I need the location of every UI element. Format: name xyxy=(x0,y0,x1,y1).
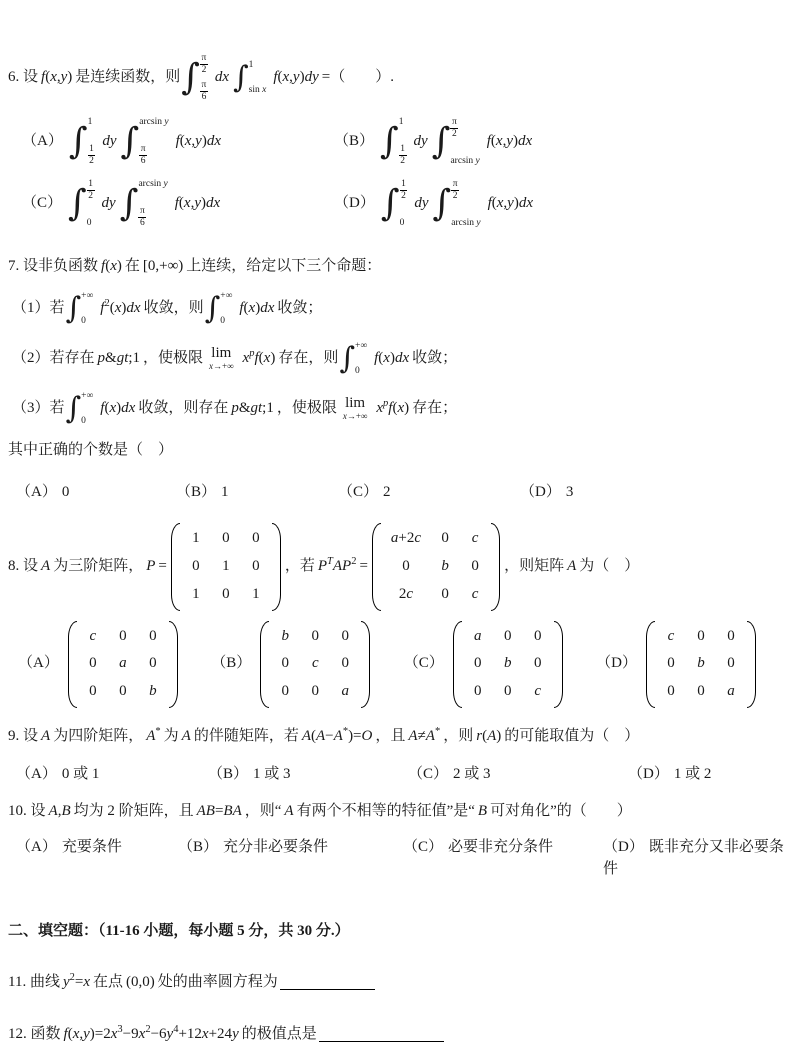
frac-upper: π2 xyxy=(448,179,462,202)
stem-text: 在点 xyxy=(93,972,123,994)
lim: lim xyxy=(345,396,365,412)
option-label: （C） xyxy=(403,839,443,855)
q6-option-b: （B） ∫112 dy ∫π2arcsin y f(x,y)dx xyxy=(334,116,535,168)
stem-text: 上连续，给定以下三个命题： xyxy=(186,256,381,278)
int-upper: +∞ xyxy=(81,391,93,402)
matrix-cell: 0 xyxy=(87,653,99,675)
option-text: 1 或 3 xyxy=(253,766,291,782)
frac-num: π xyxy=(453,179,458,190)
matrix-cell: 0 xyxy=(279,653,291,675)
matrix-cell: a xyxy=(472,626,484,648)
option-label: （C） xyxy=(338,484,378,500)
limit-operator: limx→+∞ xyxy=(206,346,237,371)
q8-options: （A）c000a000b （B）b000c000a （C）a000b000c （… xyxy=(8,621,790,708)
matrix-cell: 1 xyxy=(190,584,202,606)
math: f(x)dx xyxy=(374,348,409,370)
stem-text: ，则矩阵 xyxy=(504,556,564,578)
q7-option-a: （A）0 xyxy=(16,482,176,504)
option-text: 充要条件 xyxy=(62,839,122,855)
frac-den: 2 xyxy=(450,128,458,140)
limit-operator: limx→+∞ xyxy=(340,396,371,421)
proposition-text: ，使极限 xyxy=(143,348,203,370)
frac-lower: 12 xyxy=(85,144,99,167)
matrix-cell: 0 xyxy=(532,626,544,648)
matrix-cell: a+2c xyxy=(391,528,421,550)
integral: ∫π2arcsin y xyxy=(432,116,483,168)
matrix-cell: 0 xyxy=(339,653,351,675)
math: A xyxy=(41,726,50,748)
int-lower: 0 xyxy=(81,316,86,327)
question-number: 12. 函数 xyxy=(8,1024,61,1043)
matrix-cell: b xyxy=(439,556,451,578)
q10-option-b: （B）充分非必要条件 xyxy=(178,837,403,881)
answer-paren: （ ）. xyxy=(330,67,394,89)
section-2-header: 二、填空题：（11-16 小题，每小题 5 分，共 30 分.） xyxy=(8,921,790,943)
matrix-cell: 1 xyxy=(190,528,202,550)
q6-options-row-1: （A） ∫112 dy ∫arcsin yπ6 f(x,y)dx （B） ∫11… xyxy=(8,116,790,168)
frac-num: π xyxy=(141,144,146,155)
int-lower: 0 xyxy=(87,218,92,229)
option-label: （D） xyxy=(520,484,561,500)
math: A(A−A*)=O xyxy=(302,726,373,748)
matrix-cell: 0 xyxy=(250,528,262,550)
math: AB=BA xyxy=(197,801,242,823)
q7-option-c: （C）2 xyxy=(338,482,520,504)
int-lower: 0 xyxy=(81,416,86,427)
matrix-cell: 0 xyxy=(309,681,321,703)
matrix-cell: b xyxy=(502,653,514,675)
option-text: 2 xyxy=(383,484,391,500)
stem-text: 为三阶矩阵， xyxy=(53,556,143,578)
q6-option-a: （A） ∫112 dy ∫arcsin yπ6 f(x,y)dx xyxy=(22,116,334,168)
option-text: 1 或 2 xyxy=(674,766,712,782)
option-label: （D） xyxy=(628,766,669,782)
proposition-tag: （1）若 xyxy=(12,298,65,320)
frac-num: π xyxy=(202,53,207,64)
question-7-stem: 7. 设非负函数 f(x) 在 [0,+∞) 上连续，给定以下三个命题： xyxy=(8,256,790,278)
option-label: （B） xyxy=(208,766,248,782)
fill-blank xyxy=(319,1028,444,1042)
math: A≠A* xyxy=(408,726,440,748)
matrix-cell: 1 xyxy=(220,556,232,578)
int-upper: 1 xyxy=(249,60,254,71)
option-label: （C） xyxy=(22,193,62,215)
math: f(x)dx xyxy=(239,298,274,320)
stem-text: = xyxy=(359,556,367,578)
math: y2=x xyxy=(63,972,90,994)
math: dx xyxy=(215,67,229,89)
matrix-cell: 0 xyxy=(439,528,451,550)
frac-upper: π2 xyxy=(197,53,211,76)
lim-sub: x→+∞ xyxy=(343,412,368,421)
math: f(x,y)dx xyxy=(176,131,221,153)
integral: ∫arcsin yπ6 xyxy=(121,116,172,168)
frac-lower: π6 xyxy=(135,206,149,229)
q6-options-row-2: （C） ∫120 dy ∫arcsin yπ6 f(x,y)dx （D） ∫12… xyxy=(8,178,790,230)
integral: ∫ 1 sin x xyxy=(233,59,269,97)
math: PTAP2 xyxy=(318,556,357,578)
matrix-cell: c xyxy=(87,626,99,648)
frac-den: 2 xyxy=(200,64,208,76)
math: B xyxy=(478,801,487,823)
matrix-cell: 0 xyxy=(339,626,351,648)
q6-option-c: （C） ∫120 dy ∫arcsin yπ6 f(x,y)dx xyxy=(22,178,334,230)
math: dy xyxy=(414,131,428,153)
frac-den: 2 xyxy=(451,190,459,202)
q8-option-b: （B）b000c000a xyxy=(211,621,374,708)
question-number: 7. 设非负函数 xyxy=(8,256,98,278)
matrix-cell: 0 xyxy=(117,626,129,648)
proposition-text: 存在，则 xyxy=(278,348,338,370)
int-lower: arcsin y xyxy=(451,218,480,229)
option-label: （A） xyxy=(16,766,57,782)
section-title: 二、填空题：（11-16 小题，每小题 5 分，共 30 分.） xyxy=(8,921,350,943)
int-lower: 0 xyxy=(400,218,405,229)
option-label: （B） xyxy=(178,839,218,855)
matrix-cell: 0 xyxy=(725,653,737,675)
matrix-cell: c xyxy=(665,626,677,648)
fill-blank xyxy=(280,976,375,990)
integral: ∫112 xyxy=(69,116,99,168)
matrix: b000c000a xyxy=(260,621,370,708)
matrix-cell: 0 xyxy=(117,681,129,703)
q7-proposition-3: （3）若 ∫+∞0 f(x)dx 收敛，则存在 p&gt;1 ，使极限 limx… xyxy=(8,390,790,428)
frac-lower: π6 xyxy=(136,144,150,167)
option-text: 必要非充分条件 xyxy=(448,839,553,855)
option-label: （A） xyxy=(22,131,63,153)
matrix-cell: 0 xyxy=(532,653,544,675)
matrix-cell: b xyxy=(695,653,707,675)
question-number: 11. 曲线 xyxy=(8,972,60,994)
math: A,B xyxy=(49,801,71,823)
option-label: （C） xyxy=(404,653,444,675)
q10-option-d: （D）既非充分又非必要条件 xyxy=(603,837,790,881)
math: f(x)dx xyxy=(100,398,135,420)
matrix-cell: a xyxy=(725,681,737,703)
q7-count-line: 其中正确的个数是（ ） xyxy=(8,440,790,462)
matrix-cell: 0 xyxy=(279,681,291,703)
answer-paren: 可对角化”的（ ） xyxy=(490,801,632,823)
proposition-text: 收敛； xyxy=(277,298,322,320)
integral: ∫112 xyxy=(380,116,410,168)
stem-text: 的伴随矩阵，若 xyxy=(194,726,299,748)
frac-den: 2 xyxy=(87,190,95,202)
matrix-cell: 0 xyxy=(250,556,262,578)
lim-sub: x→+∞ xyxy=(209,362,234,371)
proposition-text: 存在； xyxy=(412,398,457,420)
math: A xyxy=(567,556,576,578)
matrix-cell: 0 xyxy=(695,626,707,648)
question-number: 9. 设 xyxy=(8,726,38,748)
exam-paper-page: 6. 设 f(x,y) 是连续函数，则 ∫ π2 π6 dx ∫ 1 sin x… xyxy=(0,0,800,1043)
stem-text: 为 xyxy=(164,726,179,748)
answer-paren: 为（ ） xyxy=(579,556,639,578)
matrix-cell: a xyxy=(339,681,351,703)
matrix-cell: 0 xyxy=(472,653,484,675)
math: A* xyxy=(146,726,160,748)
frac-lower: 12 xyxy=(396,144,410,167)
option-text: 3 xyxy=(566,484,574,500)
math: f(x,y)dx xyxy=(175,193,220,215)
math: f(x,y)dx xyxy=(487,131,532,153)
matrix-cell: 1 xyxy=(250,584,262,606)
frac-num: π xyxy=(202,80,207,91)
math: f(x,y) xyxy=(41,67,72,89)
q7-proposition-1: （1）若 ∫+∞0 f2(x)dx 收敛，则 ∫+∞0 f(x)dx 收敛； xyxy=(8,290,790,328)
math: f(x,y)dy xyxy=(273,67,318,89)
matrix-cell: b xyxy=(147,681,159,703)
question-11: 11. 曲线 y2=x 在点 (0,0) 处的曲率圆方程为 xyxy=(8,972,790,994)
stem-text: ，则 xyxy=(443,726,473,748)
math: (0,0) xyxy=(126,972,155,994)
q6-option-d: （D） ∫120 dy ∫π2arcsin y f(x,y)dx xyxy=(334,178,536,230)
stem-text: 在 xyxy=(125,256,140,278)
math: dy xyxy=(102,131,116,153)
integral: ∫+∞0 xyxy=(339,340,370,378)
matrix-cell: 0 xyxy=(665,653,677,675)
math: dy xyxy=(102,193,116,215)
integral: ∫120 xyxy=(68,178,98,230)
matrix-cell: 0 xyxy=(147,626,159,648)
q9-options: （A）0 或 1 （B）1 或 3 （C）2 或 3 （D）1 或 2 xyxy=(8,764,790,786)
option-text: 1 xyxy=(221,484,229,500)
frac-upper: 12 xyxy=(84,179,98,202)
matrix-cell: 0 xyxy=(725,626,737,648)
proposition-text: ，使极限 xyxy=(277,398,337,420)
math: f2(x)dx xyxy=(100,298,140,320)
frac-den: 2 xyxy=(399,155,407,167)
matrix-cell: a xyxy=(117,653,129,675)
matrix-cell: 0 xyxy=(665,681,677,703)
frac-den: 6 xyxy=(138,217,146,229)
q8-option-d: （D）c000b000a xyxy=(596,621,760,708)
math: f(x) xyxy=(101,256,122,278)
int-upper: arcsin y xyxy=(138,179,167,190)
integral: ∫120 xyxy=(381,178,411,230)
integral: ∫π2arcsin y xyxy=(433,178,484,230)
stem-text: ，且 xyxy=(375,726,405,748)
math: xpf(x) xyxy=(376,398,409,420)
matrix-cell: 0 xyxy=(147,653,159,675)
frac-den: 6 xyxy=(200,91,208,103)
matrix-cell: 0 xyxy=(190,556,202,578)
option-label: （D） xyxy=(334,193,375,215)
stem-text: 是连续函数，则 xyxy=(75,67,180,89)
math: p&gt;1 xyxy=(98,348,141,370)
matrix-cell: 0 xyxy=(220,528,232,550)
question-number: 8. 设 xyxy=(8,556,38,578)
proposition-text: 收敛； xyxy=(412,348,457,370)
matrix-cell: b xyxy=(279,626,291,648)
q9-option-c: （C）2 或 3 xyxy=(408,764,628,786)
option-text: 0 xyxy=(62,484,70,500)
stem-text: ，若 xyxy=(285,556,315,578)
matrix-cell: 0 xyxy=(439,584,451,606)
proposition-text: 收敛，则 xyxy=(144,298,204,320)
frac-upper: π2 xyxy=(447,117,461,140)
int-upper: +∞ xyxy=(355,341,367,352)
q10-option-a: （A）充要条件 xyxy=(16,837,178,881)
matrix-cell: 0 xyxy=(502,626,514,648)
option-label: （A） xyxy=(16,484,57,500)
frac-num: 1 xyxy=(88,179,93,190)
matrix-cell: c xyxy=(469,528,481,550)
q7-option-d: （D）3 xyxy=(520,482,790,504)
q8-option-a: （A）c000a000b xyxy=(18,621,182,708)
q9-option-d: （D）1 或 2 xyxy=(628,764,790,786)
matrix-cell: 0 xyxy=(469,556,481,578)
question-9-stem: 9. 设 A 为四阶矩阵， A* 为 A 的伴随矩阵，若 A(A−A*)=O ，… xyxy=(8,726,790,748)
frac-den: 2 xyxy=(400,190,408,202)
stem-text: 为四阶矩阵， xyxy=(53,726,143,748)
int-upper: 1 xyxy=(399,117,404,128)
int-upper: +∞ xyxy=(220,291,232,302)
integral: ∫+∞0 xyxy=(66,390,97,428)
q10-options: （A）充要条件 （B）充分非必要条件 （C）必要非充分条件 （D）既非充分又非必… xyxy=(8,837,790,881)
option-label: （B） xyxy=(211,653,251,675)
matrix-cell: 0 xyxy=(400,556,412,578)
matrix-p: 100010101 xyxy=(171,523,281,610)
lim: lim xyxy=(211,346,231,362)
q10-option-c: （C）必要非充分条件 xyxy=(403,837,603,881)
matrix-cell: 0 xyxy=(695,681,707,703)
math: [0,+∞) xyxy=(143,256,183,278)
stem-text: = xyxy=(158,556,166,578)
frac-num: 1 xyxy=(400,144,405,155)
stem-text: 有两个不相等的特征值”是“ xyxy=(297,801,475,823)
option-label: （D） xyxy=(603,839,644,855)
question-number: 10. 设 xyxy=(8,801,46,823)
stem-text: ，则“ xyxy=(245,801,282,823)
frac-upper: 12 xyxy=(397,179,411,202)
math: xpf(x) xyxy=(243,348,276,370)
frac-num: π xyxy=(140,206,145,217)
frac-num: 1 xyxy=(89,144,94,155)
math: A xyxy=(41,556,50,578)
frac-num: 1 xyxy=(401,179,406,190)
option-label: （C） xyxy=(408,766,448,782)
matrix-result: a+2c0c0b02c0c xyxy=(372,523,500,610)
q8-option-c: （C）a000b000c xyxy=(404,621,567,708)
option-label: （A） xyxy=(16,839,57,855)
question-8-stem: 8. 设 A 为三阶矩阵， P = 100010101 ，若 PTAP2 = a… xyxy=(8,523,790,610)
frac-den: 2 xyxy=(88,155,96,167)
int-upper: arcsin y xyxy=(139,117,168,128)
matrix-cell: 0 xyxy=(502,681,514,703)
matrix-cell: c xyxy=(309,653,321,675)
matrix-cell: 2c xyxy=(399,584,413,606)
integral: ∫arcsin yπ6 xyxy=(120,178,171,230)
matrix-cell: 0 xyxy=(472,681,484,703)
int-lower: 0 xyxy=(220,316,225,327)
option-label: （D） xyxy=(596,653,637,675)
int-upper: 1 xyxy=(88,117,93,128)
frac-den: 6 xyxy=(139,155,147,167)
option-label: （B） xyxy=(176,484,216,500)
answer-paren: 的可能取值为（ ） xyxy=(504,726,639,748)
int-upper: +∞ xyxy=(81,291,93,302)
q7-option-b: （B）1 xyxy=(176,482,338,504)
question-12: 12. 函数 f(x,y)=2x3−9x2−6y4+12x+24y 的极值点是 xyxy=(8,1024,790,1043)
option-label: （A） xyxy=(18,653,59,675)
integral: ∫ π2 π6 xyxy=(181,52,211,104)
matrix-cell: 0 xyxy=(87,681,99,703)
stem-text: 的极值点是 xyxy=(242,1024,317,1043)
frac-num: π xyxy=(452,117,457,128)
math: P xyxy=(146,556,155,578)
option-text: 充分非必要条件 xyxy=(223,839,328,855)
stem-text: = xyxy=(322,67,330,89)
proposition-tag: （3）若 xyxy=(12,398,65,420)
frac-lower: π6 xyxy=(197,80,211,103)
matrix-cell: 0 xyxy=(309,626,321,648)
stem-text: 其中正确的个数是（ ） xyxy=(8,440,173,462)
math: f(x,y)=2x3−9x2−6y4+12x+24y xyxy=(64,1024,239,1043)
math: f(x,y)dx xyxy=(488,193,533,215)
question-10-stem: 10. 设 A,B 均为 2 阶矩阵，且 AB=BA ，则“ A 有两个不相等的… xyxy=(8,801,790,823)
proposition-text: 收敛，则存在 xyxy=(138,398,228,420)
math: dy xyxy=(414,193,428,215)
question-6-stem: 6. 设 f(x,y) 是连续函数，则 ∫ π2 π6 dx ∫ 1 sin x… xyxy=(8,52,790,104)
option-text: 0 或 1 xyxy=(62,766,100,782)
integral: ∫+∞0 xyxy=(205,290,236,328)
int-lower: 0 xyxy=(355,366,360,377)
q7-proposition-2: （2）若存在 p&gt;1 ，使极限 limx→+∞ xpf(x) 存在，则 ∫… xyxy=(8,340,790,378)
matrix: a000b000c xyxy=(453,621,563,708)
matrix-cell: c xyxy=(469,584,481,606)
math: A xyxy=(284,801,293,823)
q9-option-b: （B）1 或 3 xyxy=(208,764,408,786)
matrix-cell: 0 xyxy=(220,584,232,606)
math: A xyxy=(182,726,191,748)
math: r(A) xyxy=(476,726,501,748)
q9-option-a: （A）0 或 1 xyxy=(16,764,208,786)
stem-text: 均为 2 阶矩阵，且 xyxy=(74,801,194,823)
option-label: （B） xyxy=(334,131,374,153)
option-text: 2 或 3 xyxy=(453,766,491,782)
integral: ∫+∞0 xyxy=(66,290,97,328)
matrix: c000a000b xyxy=(68,621,178,708)
q7-options: （A）0 （B）1 （C）2 （D）3 xyxy=(8,482,790,504)
int-lower: arcsin y xyxy=(450,156,479,167)
stem-text: 处的曲率圆方程为 xyxy=(158,972,278,994)
matrix: c000b000a xyxy=(646,621,756,708)
question-number: 6. 设 xyxy=(8,67,38,89)
int-lower: sin x xyxy=(249,85,267,96)
proposition-tag: （2）若存在 xyxy=(12,348,95,370)
matrix-cell: c xyxy=(532,681,544,703)
math: p&gt;1 xyxy=(231,398,274,420)
